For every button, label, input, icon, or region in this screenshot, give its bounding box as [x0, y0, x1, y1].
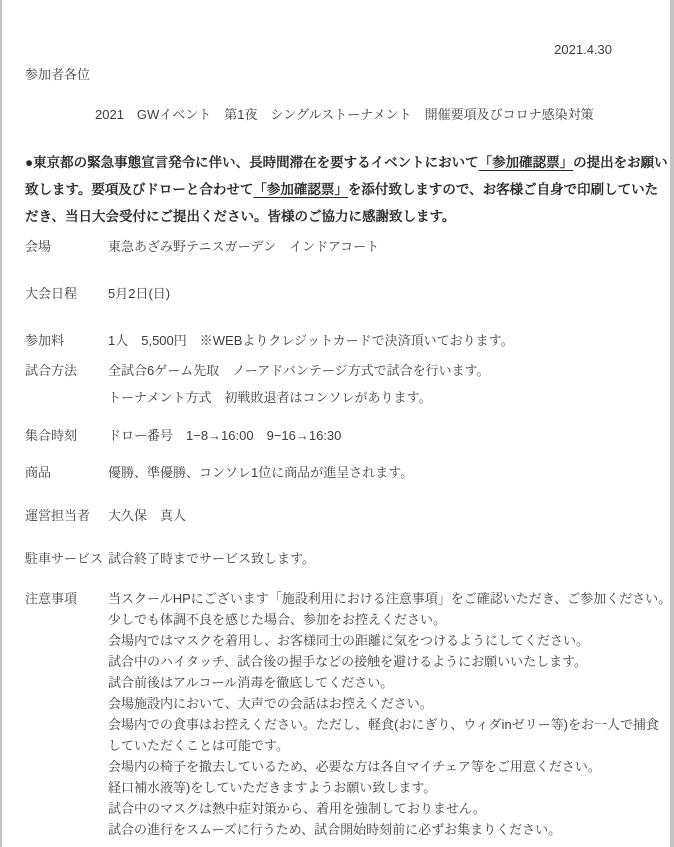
notice-line: だき、当日大会受付にご提出ください。皆様のご協力に感謝致します。: [25, 203, 670, 230]
note-line: 試合の進行をスムーズに行うため、試合開始時刻前に必ずお集まりください。: [108, 819, 671, 840]
note-line: 少しでも体調不良を感じた場合、参加をお控えください。: [108, 609, 671, 630]
value-line: 試合終了時までサービス致します。: [108, 548, 670, 569]
emergency-notice-paragraph: ●東京都の緊急事態宣言発令に伴い、長時間滞在を要するイベントにおいて「参加確認票…: [25, 149, 670, 230]
value-line: 東急あざみ野テニスガーデン インドアコート: [108, 236, 670, 257]
value-line: 優勝、準優勝、コンソレ1位に商品が進呈されます。: [108, 462, 670, 483]
participation-slip-underlined-text: 「参加確認票」: [479, 155, 574, 170]
row-label: 大会日程: [25, 283, 108, 304]
notice-text: の提出をお願い: [573, 155, 668, 170]
value-line: 5月2日(日): [108, 283, 670, 304]
document-date: 2021.4.30: [25, 42, 670, 58]
value-line: 大久保 真人: [108, 505, 670, 526]
note-line: 試合中のハイタッチ、試合後の握手などの接触を避けるようにお願いいたします。: [108, 651, 671, 672]
note-line: していただくことは可能です。: [108, 735, 671, 756]
note-line: 会場内での食事はお控えください。ただし、軽食(おにぎり、ウィダinゼリー等)をお…: [108, 714, 671, 735]
row-label: 注意事項: [25, 588, 108, 609]
row-value: 東急あざみ野テニスガーデン インドアコート: [108, 236, 670, 257]
note-line: 経口補水液等)をしていただきますようお願い致します。: [108, 777, 671, 798]
info-row-assembly-time: 集合時刻 ドロー番号 1−8→16:00 9−16→16:30: [25, 425, 670, 446]
notice-text: ●東京都の緊急事態宣言発令に伴い、長時間滞在を要するイベントにおいて: [25, 155, 479, 170]
addressee-line: 参加者各位: [25, 67, 670, 83]
notice-line: 致します。要項及びドローと合わせて「参加確認票」を添付致しますので、お客様ご自身…: [25, 176, 670, 203]
row-value: 5月2日(日): [108, 283, 670, 304]
row-value: 当スクールHPにございます「施設利用における注意事項」をご確認いただき、ご参加く…: [108, 588, 671, 840]
value-line: ドロー番号 1−8→16:00 9−16→16:30: [108, 425, 670, 446]
value-line: 全試合6ゲーム先取 ノーアドバンテージ方式で試合を行います。: [108, 357, 670, 384]
notice-line: ●東京都の緊急事態宣言発令に伴い、長時間滞在を要するイベントにおいて「参加確認票…: [25, 149, 670, 176]
info-row-tournament-date: 大会日程 5月2日(日): [25, 283, 670, 304]
row-value: ドロー番号 1−8→16:00 9−16→16:30: [108, 425, 670, 446]
row-value: 優勝、準優勝、コンソレ1位に商品が進呈されます。: [108, 462, 670, 483]
document-page: 2021.4.30 参加者各位 2021 GWイベント 第1夜 シングルストーナ…: [0, 0, 674, 847]
notice-text: だき、当日大会受付にご提出ください。皆様のご協力に感謝致します。: [25, 209, 455, 224]
note-line: 会場内ではマスクを着用し、お客様同士の距離に気をつけるようにしてください。: [108, 630, 671, 651]
info-row-match-format: 試合方法 全試合6ゲーム先取 ノーアドバンテージ方式で試合を行います。 トーナメ…: [25, 357, 670, 411]
row-value: 大久保 真人: [108, 505, 670, 526]
row-label: 会場: [25, 236, 108, 257]
note-line: 当スクールHPにございます「施設利用における注意事項」をご確認いただき、ご参加く…: [108, 588, 671, 609]
row-value: 全試合6ゲーム先取 ノーアドバンテージ方式で試合を行います。 トーナメント方式 …: [108, 357, 670, 411]
notice-text: を添付致しますので、お客様ご自身で印刷していた: [348, 182, 658, 197]
row-label: 集合時刻: [25, 425, 108, 446]
note-line: 会場内の椅子を撤去しているため、必要な方は各自マイチェア等をご用意ください。: [108, 756, 671, 777]
row-label: 商品: [25, 462, 108, 483]
note-line: 会場施設内において、大声での会話はお控えください。: [108, 693, 671, 714]
notice-text: 致します。要項及びドローと合わせて: [25, 182, 253, 197]
value-line: 1人 5,500円 ※WEBよりクレジットカードで決済頂いております。: [108, 330, 670, 351]
info-row-entry-fee: 参加料 1人 5,500円 ※WEBよりクレジットカードで決済頂いております。: [25, 330, 670, 351]
note-line: 試合中のマスクは熱中症対策から、着用を強制しておりません。: [108, 798, 671, 819]
row-value: 1人 5,500円 ※WEBよりクレジットカードで決済頂いております。: [108, 330, 670, 351]
info-row-precautions: 注意事項 当スクールHPにございます「施設利用における注意事項」をご確認いただき…: [25, 588, 670, 840]
row-label: 試合方法: [25, 357, 108, 384]
info-row-prizes: 商品 優勝、準優勝、コンソレ1位に商品が進呈されます。: [25, 462, 670, 483]
row-label: 駐車サービス: [25, 548, 108, 569]
document-title: 2021 GWイベント 第1夜 シングルストーナメント 開催要項及びコロナ感染対…: [95, 107, 670, 123]
note-line: 試合前後はアルコール消毒を徹底してください。: [108, 672, 671, 693]
info-row-operations-manager: 運営担当者 大久保 真人: [25, 505, 670, 526]
row-label: 運営担当者: [25, 505, 108, 526]
info-row-parking-service: 駐車サービス 試合終了時までサービス致します。: [25, 548, 670, 569]
info-row-venue: 会場 東急あざみ野テニスガーデン インドアコート: [25, 236, 670, 257]
row-label: 参加料: [25, 330, 108, 351]
participation-slip-underlined-text: 「参加確認票」: [253, 182, 348, 197]
row-value: 試合終了時までサービス致します。: [108, 548, 670, 569]
value-line: トーナメント方式 初戦敗退者はコンソレがあります。: [108, 384, 670, 411]
